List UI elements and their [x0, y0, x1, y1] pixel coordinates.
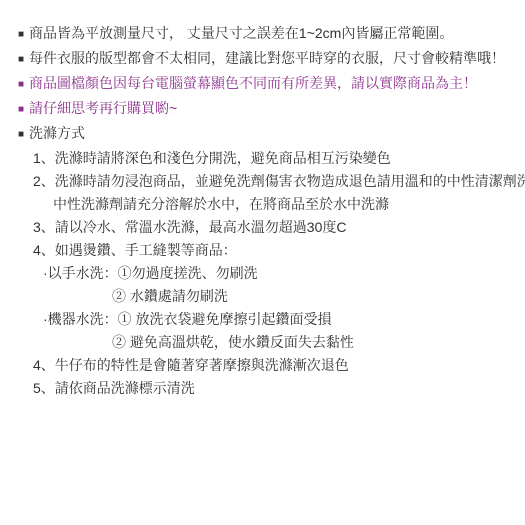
- washing-line: ② 避免高溫烘乾，使水鑽反面失去黏性: [112, 335, 519, 350]
- washing-line: 3、請以冷水、常溫水洗滌，最高水溫勿超過30度C: [33, 220, 519, 235]
- notice-line: ■商品圖檔顏色因每台電腦螢幕顯色不同而有所差異，請以實際商品為主！: [18, 76, 519, 93]
- bullet-square-icon: ■: [18, 52, 24, 67]
- washing-line-text: 4、如遇燙鑽、手工縫製等商品：: [33, 242, 237, 258]
- washing-line-text: 中性洗滌劑請充分溶解於水中，在將商品至於水中洗滌: [53, 196, 389, 212]
- washing-line-text: 3、請以冷水、常溫水洗滌，最高水溫勿超過30度C: [33, 219, 346, 235]
- product-notes-document: ■商品皆為平放測量尺寸， 丈量尺寸之誤差在1~2cm內皆屬正常範圍。■每件衣服的…: [0, 0, 525, 525]
- washing-line: ·以手水洗：①勿過度搓洗、勿刷洗: [43, 266, 519, 281]
- notice-list: ■商品皆為平放測量尺寸， 丈量尺寸之誤差在1~2cm內皆屬正常範圍。■每件衣服的…: [18, 26, 519, 118]
- bullet-square-icon: ■: [18, 102, 24, 117]
- washing-line-text: 2、洗滌時請勿浸泡商品，並避免洗劑傷害衣物造成退色請用溫和的中性清潔劑洗滌，: [33, 173, 525, 189]
- bullet-square-icon: ■: [18, 27, 24, 42]
- notice-text: 請仔細思考再行購買喲~: [29, 100, 177, 116]
- notice-line: ■每件衣服的版型都會不太相同，建議比對您平時穿的衣服，尺寸會較精準哦！: [18, 51, 519, 68]
- washing-line-text: 4、牛仔布的特性是會隨著穿著摩擦與洗滌漸次退色: [33, 357, 349, 373]
- notice-text: 每件衣服的版型都會不太相同，建議比對您平時穿的衣服，尺寸會較精準哦！: [29, 50, 505, 66]
- washing-line-text: ·以手水洗：①勿過度搓洗、勿刷洗: [43, 265, 258, 281]
- washing-section-heading: ■洗滌方式: [18, 126, 519, 143]
- washing-line: ·機器水洗：① 放洗衣袋避免摩擦引起鑽面受損: [43, 312, 519, 327]
- washing-line: ② 水鑽處請勿刷洗: [112, 289, 519, 304]
- notice-line: ■請仔細思考再行購買喲~: [18, 101, 519, 118]
- washing-line-text: ·機器水洗：① 放洗衣袋避免摩擦引起鑽面受損: [43, 311, 332, 327]
- washing-line-text: ② 避免高溫烘乾，使水鑽反面失去黏性: [112, 334, 354, 350]
- bullet-square-icon: ■: [18, 77, 24, 92]
- washing-section-heading-text: 洗滌方式: [29, 125, 85, 141]
- washing-line: 5、請依商品洗滌標示清洗: [33, 381, 519, 396]
- bullet-square-icon: ■: [18, 127, 24, 142]
- washing-line: 4、牛仔布的特性是會隨著穿著摩擦與洗滌漸次退色: [33, 358, 519, 373]
- washing-line: 1、洗滌時請將深色和淺色分開洗，避免商品相互污染變色: [33, 151, 519, 166]
- notice-text: 商品皆為平放測量尺寸， 丈量尺寸之誤差在1~2cm內皆屬正常範圍。: [29, 25, 453, 41]
- notice-text: 商品圖檔顏色因每台電腦螢幕顯色不同而有所差異，請以實際商品為主！: [29, 75, 477, 91]
- washing-line-text: ② 水鑽處請勿刷洗: [112, 288, 228, 304]
- washing-line: 2、洗滌時請勿浸泡商品，並避免洗劑傷害衣物造成退色請用溫和的中性清潔劑洗滌，: [33, 174, 519, 189]
- notice-line: ■商品皆為平放測量尺寸， 丈量尺寸之誤差在1~2cm內皆屬正常範圍。: [18, 26, 519, 43]
- washing-line-text: 5、請依商品洗滌標示清洗: [33, 380, 195, 396]
- washing-line: 中性洗滌劑請充分溶解於水中，在將商品至於水中洗滌: [53, 197, 519, 212]
- washing-instruction-list: 1、洗滌時請將深色和淺色分開洗，避免商品相互污染變色2、洗滌時請勿浸泡商品，並避…: [18, 151, 519, 396]
- washing-line-text: 1、洗滌時請將深色和淺色分開洗，避免商品相互污染變色: [33, 150, 391, 166]
- washing-line: 4、如遇燙鑽、手工縫製等商品：: [33, 243, 519, 258]
